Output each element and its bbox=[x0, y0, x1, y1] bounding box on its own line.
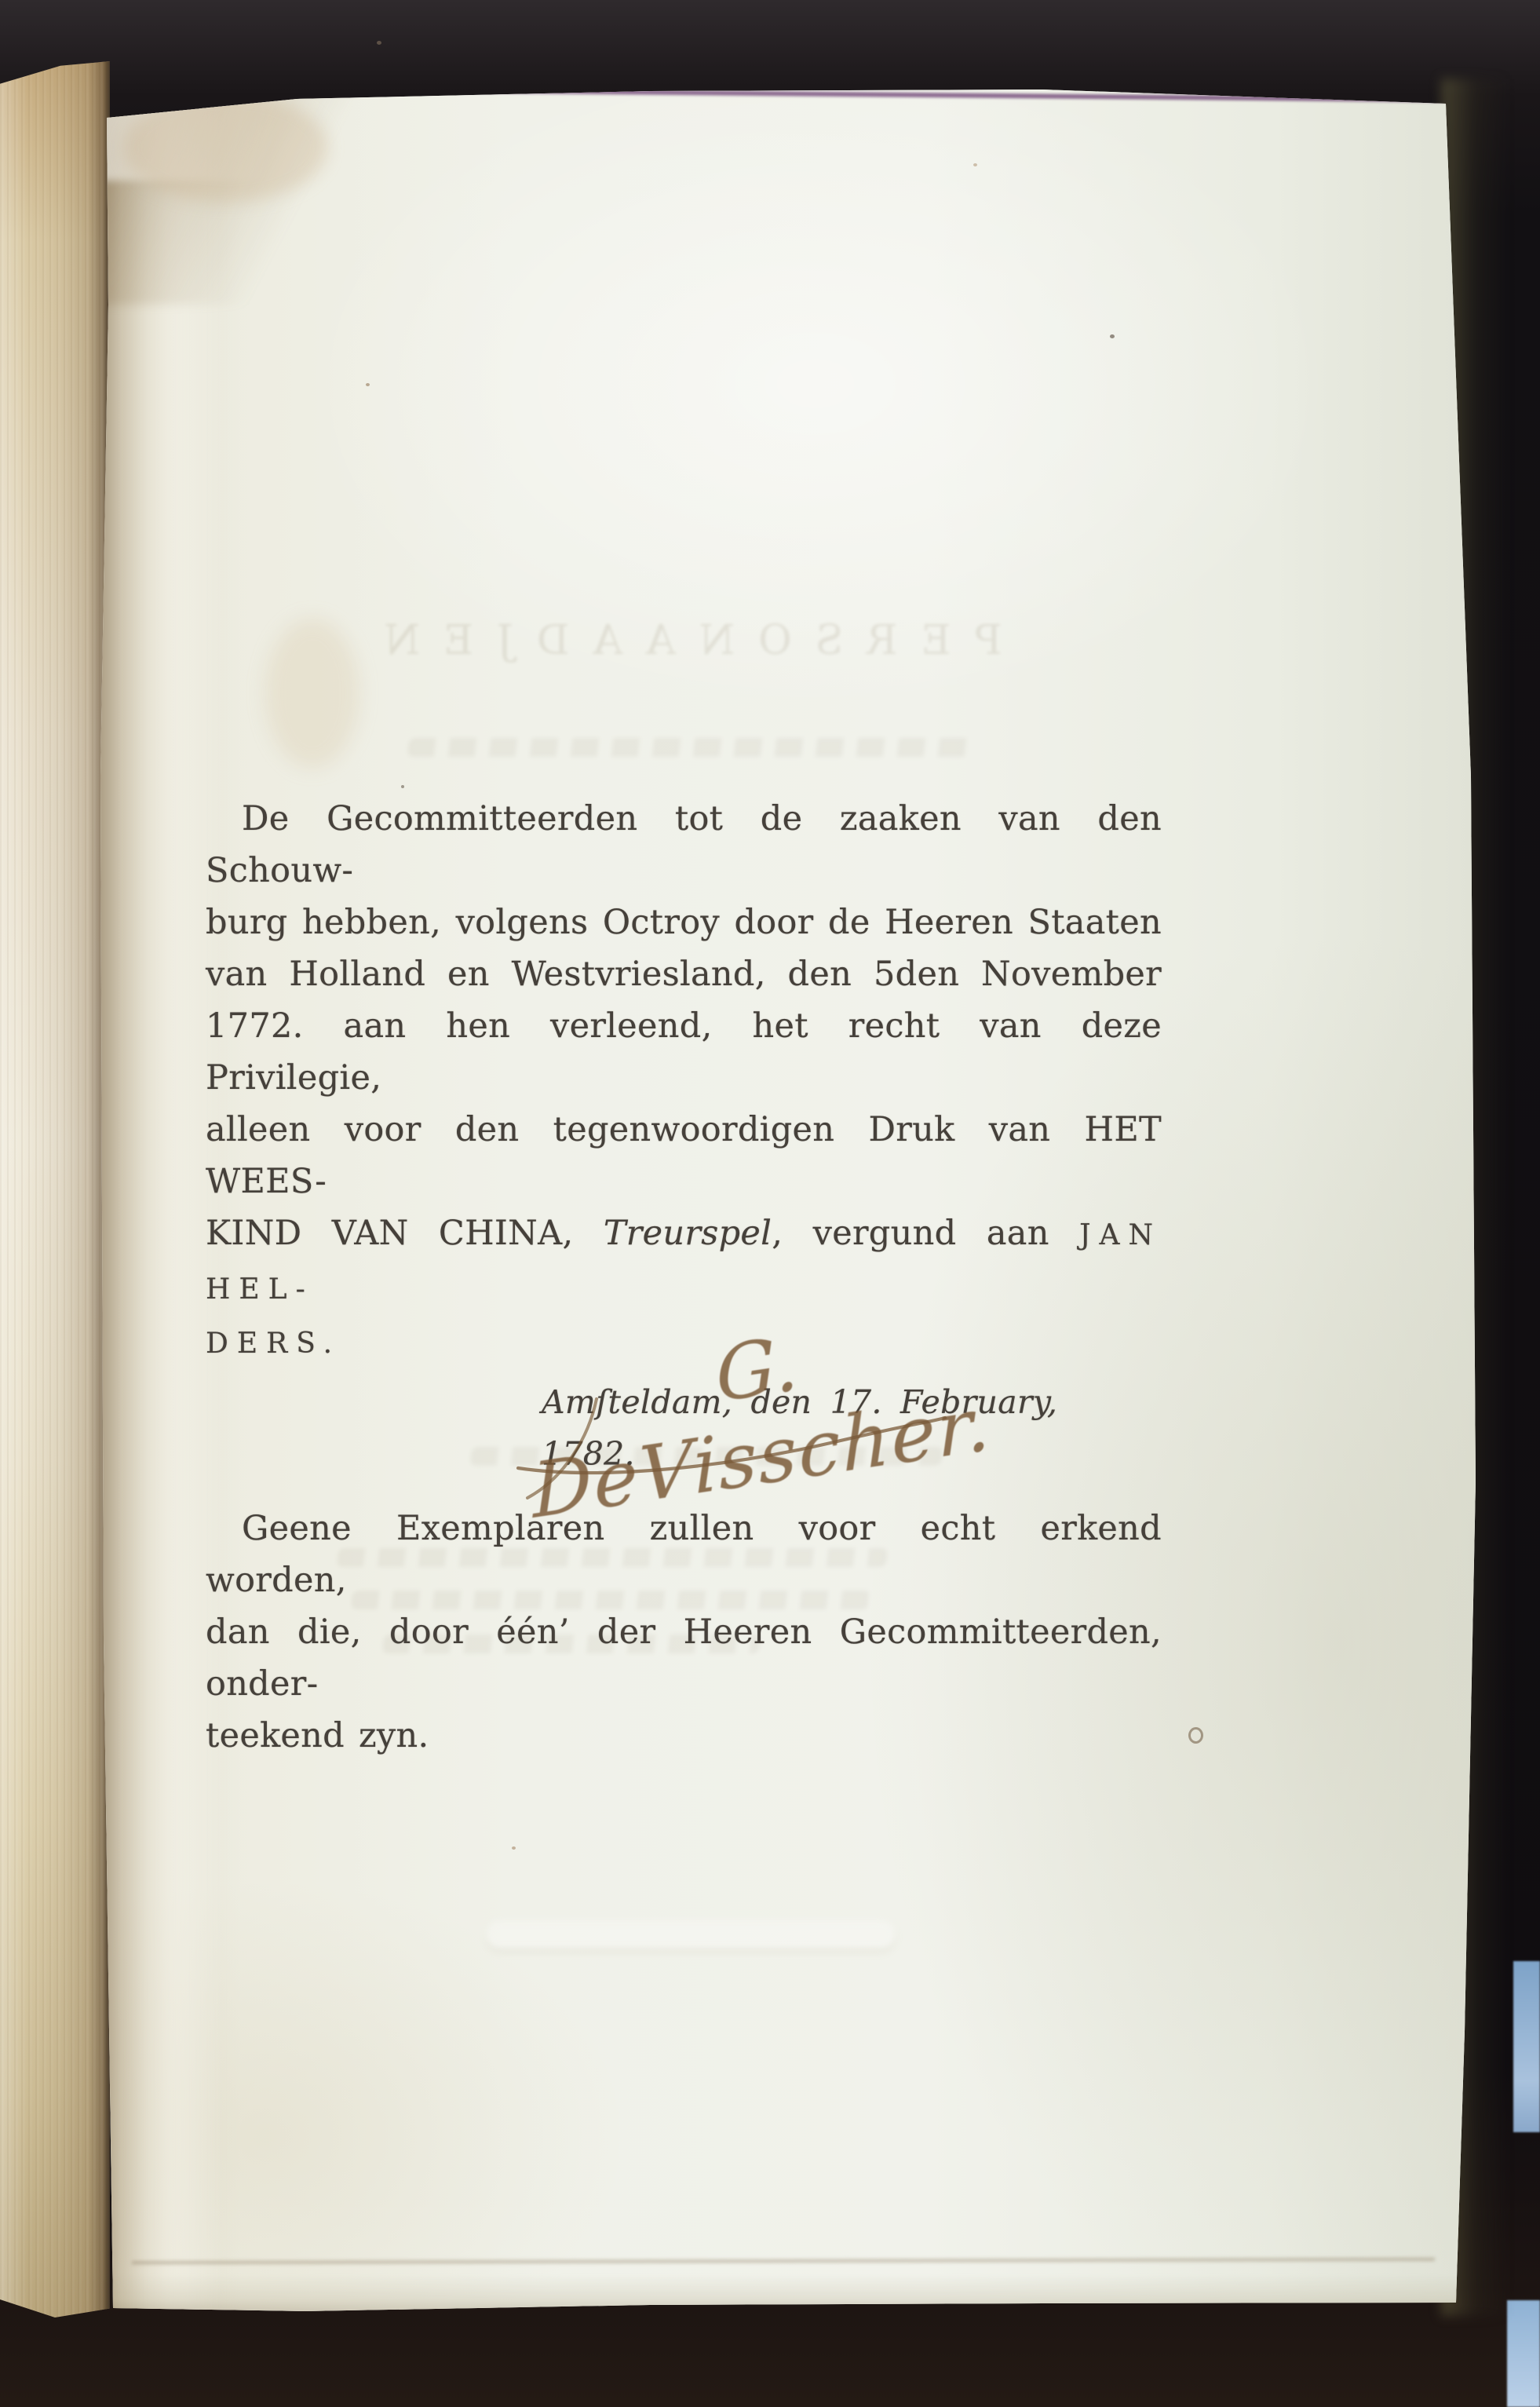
line-text: Geene Exemplaren zullen voor echt erkend… bbox=[206, 1509, 1162, 1600]
text-line: 1772. aan hen verleend, het recht van de… bbox=[206, 1000, 1162, 1104]
showthrough-title: PERSONAADJEN bbox=[289, 617, 1074, 664]
dust-speck bbox=[973, 163, 977, 166]
ink-speck-ring bbox=[1188, 1727, 1203, 1744]
bottom-crease bbox=[132, 2258, 1435, 2264]
book-page-edges bbox=[0, 61, 110, 2318]
privilege-notice: De Gecommitteerden tot de zaaken van den… bbox=[206, 793, 1162, 1762]
dust-speck bbox=[401, 785, 404, 788]
line-text: teekend zyn. bbox=[206, 1716, 429, 1755]
text-line: De Gecommitteerden tot de zaaken van den… bbox=[206, 793, 1162, 897]
paragraph: Geene Exemplaren zullen voor echt erkend… bbox=[206, 1503, 1162, 1762]
book-page: PERSONAADJEN De Gecommitteerden tot de z… bbox=[100, 69, 1476, 2316]
text-line: dan die, door één’ der Heeren Gecommitte… bbox=[206, 1606, 1162, 1710]
line-text: De Gecommitteerden tot de zaaken van den… bbox=[206, 799, 1162, 890]
signature-flourish bbox=[493, 1396, 956, 1506]
text-line: teekend zyn. bbox=[206, 1710, 1162, 1762]
line-text: 1772. aan hen verleend, het recht van de… bbox=[206, 1006, 1162, 1098]
dust-speck bbox=[1110, 334, 1115, 338]
text-line: van Holland en Westvriesland, den 5den N… bbox=[206, 948, 1162, 1000]
work-title-caps: KIND VAN CHINA, bbox=[206, 1214, 604, 1253]
dust-speck bbox=[377, 41, 381, 45]
line-text: burg hebben, volgens Octroy door de Heer… bbox=[206, 903, 1162, 942]
text-line: burg hebben, volgens Octroy door de Heer… bbox=[206, 897, 1162, 948]
blue-surface-edge bbox=[1507, 2300, 1540, 2407]
bottom-edge-shade bbox=[100, 2275, 1476, 2316]
text-line: Geene Exemplaren zullen voor echt erkend… bbox=[206, 1503, 1162, 1606]
text-line: alleen voor den tegenwoordigen Druk van … bbox=[206, 1104, 1162, 1207]
genre-italic: Treurspel bbox=[604, 1214, 772, 1253]
showthrough-emboss bbox=[487, 1922, 895, 1949]
dust-speck bbox=[366, 383, 370, 386]
author-name-caps: DERS. bbox=[206, 1328, 341, 1360]
line-text: van Holland en Westvriesland, den 5den N… bbox=[206, 955, 1162, 994]
line-text: alleen voor den tegenwoordigen Druk van bbox=[206, 1110, 1085, 1149]
dust-speck bbox=[512, 1846, 516, 1850]
line-text: , vergund aan bbox=[772, 1214, 1079, 1253]
showthrough-line bbox=[407, 738, 978, 757]
book-photo: PERSONAADJEN De Gecommitteerden tot de z… bbox=[0, 0, 1540, 2407]
line-text: dan die, door één’ der Heeren Gecommitte… bbox=[206, 1613, 1162, 1704]
paper-stain bbox=[124, 93, 328, 203]
